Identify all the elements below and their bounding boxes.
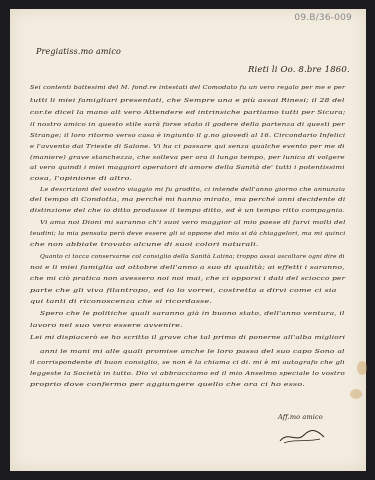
letter-line: del tempo di Condotta, ma perché mi hann… — [30, 197, 345, 203]
stain — [357, 361, 367, 375]
letter-line: che mi ciò pratica non avessero noi noi … — [30, 276, 345, 282]
letter-line: distinzione del che io ditto produsse il… — [30, 208, 345, 214]
letter-line: Spero che le politiche quali saranno già… — [40, 311, 345, 317]
letter-line: Strange; il loro ritorno verso casa è in… — [30, 133, 345, 139]
letter-line: lavoro nel suo vero essere avvenire. — [30, 323, 183, 329]
letter-line: al vero quindi i miei maggiori operatori… — [30, 165, 345, 171]
letter-line: il nostro amico in questo stile sarà for… — [30, 122, 345, 128]
letter-line: (maniere) grave stanchezza, che solleva … — [30, 155, 345, 161]
salutation: Pregiatiss.mo amico — [36, 47, 121, 56]
letter-line: Le descrizioni del vostro viaggio mi fu … — [40, 187, 345, 193]
letter-line: cosa, l'opinione di altro. — [30, 176, 132, 182]
letter-line: il corrispondente di buon consiglio, se … — [30, 360, 345, 366]
letter-page: 09.B/36-009 Pregiatiss.mo amico Rieti li… — [10, 9, 366, 471]
letter-line: anni le mani mi alle quali promise anche… — [40, 349, 345, 355]
letter-line: Vi ama noi Dioni mi saranno ch'i suoi ve… — [40, 220, 346, 226]
letter-line: leggeste la Società in tutto. Dio vi abb… — [30, 371, 345, 377]
archive-reference: 09.B/36-009 — [294, 13, 352, 23]
letter-line: proprio dove confermo per aggiungere que… — [30, 382, 305, 388]
letter-line: noi e li miei famiglia ad ottobre dell'a… — [30, 265, 345, 271]
stain — [350, 389, 362, 399]
place-date: Rieti li Oo. 8.bre 1860. — [248, 65, 350, 75]
letter-line: tutti li miei famigliari presentati, che… — [30, 98, 345, 104]
letter-line: parte che gli viva filantropo, ed io lo … — [30, 288, 337, 294]
signature-flourish-icon — [278, 427, 326, 445]
letter-line: Sei contenti battesimi del M. fond.re in… — [30, 85, 345, 91]
letter-line: teudini; la mia pensata però deve essere… — [30, 231, 345, 237]
letter-line: e l'avvento dai Trieste di Salone. Vi ha… — [30, 144, 345, 150]
letter-line: che non abbiate trovato alcune di suoi c… — [30, 242, 259, 248]
letter-line: qui tanti di riconoscenza che si ricorda… — [30, 299, 212, 305]
letter-line: Lei mi dispiacerò se ho scritto il grave… — [30, 335, 345, 341]
letter-line: Quanto ci tocca conservarne col consigli… — [40, 254, 345, 260]
closing: Aff.mo amico — [278, 413, 323, 421]
letter-line: cor.te dicel la mano alt vero Attendere … — [30, 110, 346, 116]
